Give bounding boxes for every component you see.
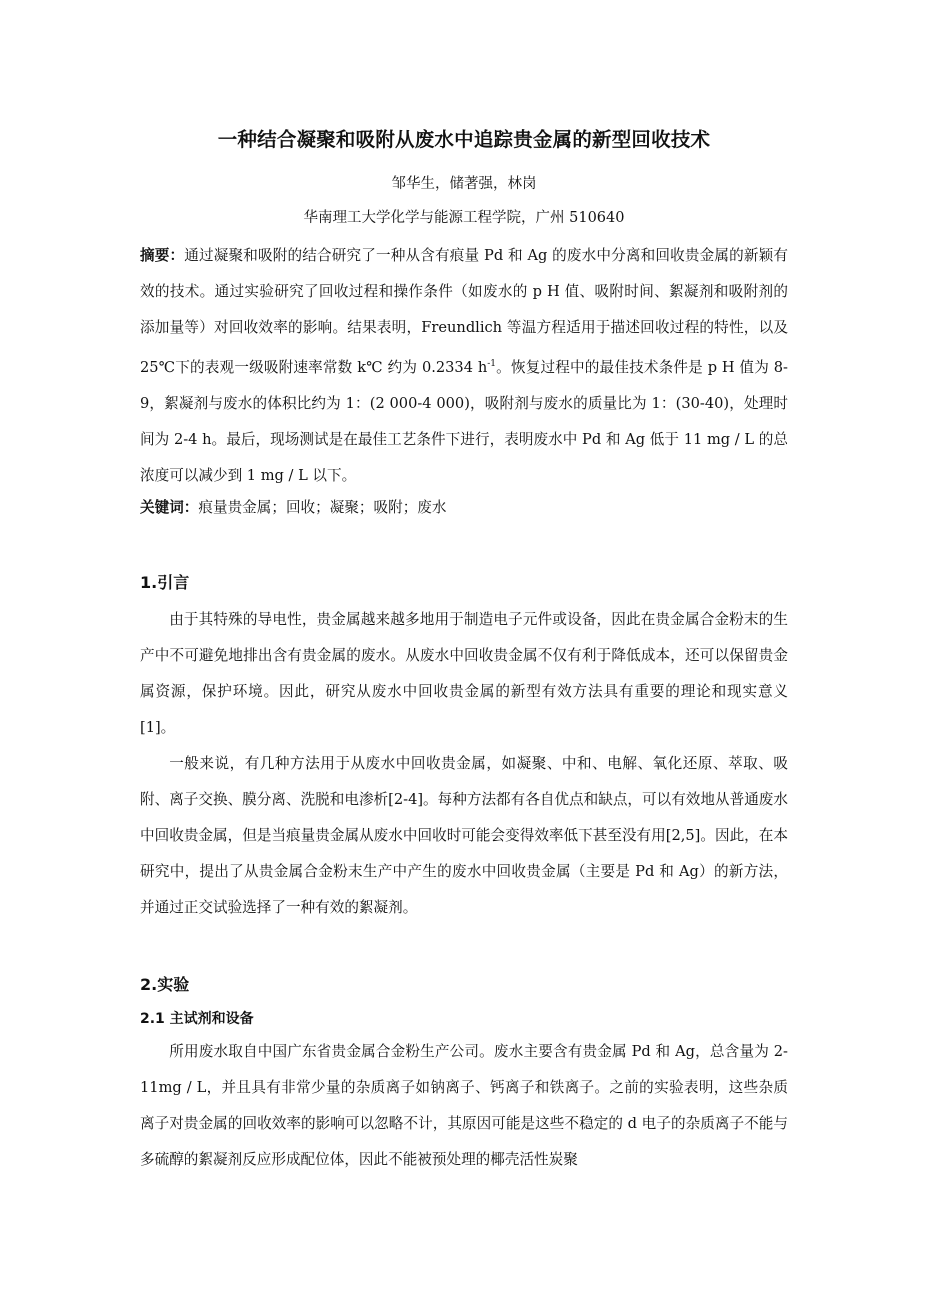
paper-title: 一种结合凝聚和吸附从废水中追踪贵金属的新型回收技术 xyxy=(140,124,788,152)
keywords-label: 关键词： xyxy=(140,499,198,516)
section-heading-experiment: 2.实验 xyxy=(140,972,189,995)
subsection-heading-reagents: 2.1 主试剂和设备 xyxy=(140,1008,254,1028)
abstract-label: 摘要： xyxy=(140,247,184,264)
keywords: 关键词：痕量贵金属；回收；凝聚；吸附；废水 xyxy=(140,490,788,526)
authors: 邹华生，储著强，林岗 xyxy=(140,172,788,193)
section-heading-introduction: 1.引言 xyxy=(140,570,189,593)
abstract-text-2: 。恢复过程中的最佳技术条件是 p H 值为 8-9，絮凝剂与废水的体积比约为 1… xyxy=(140,359,788,484)
experiment-paragraph-1: 所用废水取自中国广东省贵金属合金粉生产公司。废水主要含有贵金属 Pd 和 Ag，… xyxy=(140,1034,788,1178)
abstract-text-1: 通过凝聚和吸附的结合研究了一种从含有痕量 Pd 和 Ag 的废水中分离和回收贵金… xyxy=(140,247,788,376)
abstract: 摘要：通过凝聚和吸附的结合研究了一种从含有痕量 Pd 和 Ag 的废水中分离和回… xyxy=(140,238,788,494)
intro-paragraph-1: 由于其特殊的导电性，贵金属越来越多地用于制造电子元件或设备，因此在贵金属合金粉末… xyxy=(140,602,788,746)
affiliation: 华南理工大学化学与能源工程学院，广州 510640 xyxy=(140,206,788,227)
intro-paragraph-2: 一般来说，有几种方法用于从废水中回收贵金属，如凝聚、中和、电解、氧化还原、萃取、… xyxy=(140,746,788,926)
abstract-superscript: -1 xyxy=(487,359,496,369)
keywords-text: 痕量贵金属；回收；凝聚；吸附；废水 xyxy=(198,499,446,516)
